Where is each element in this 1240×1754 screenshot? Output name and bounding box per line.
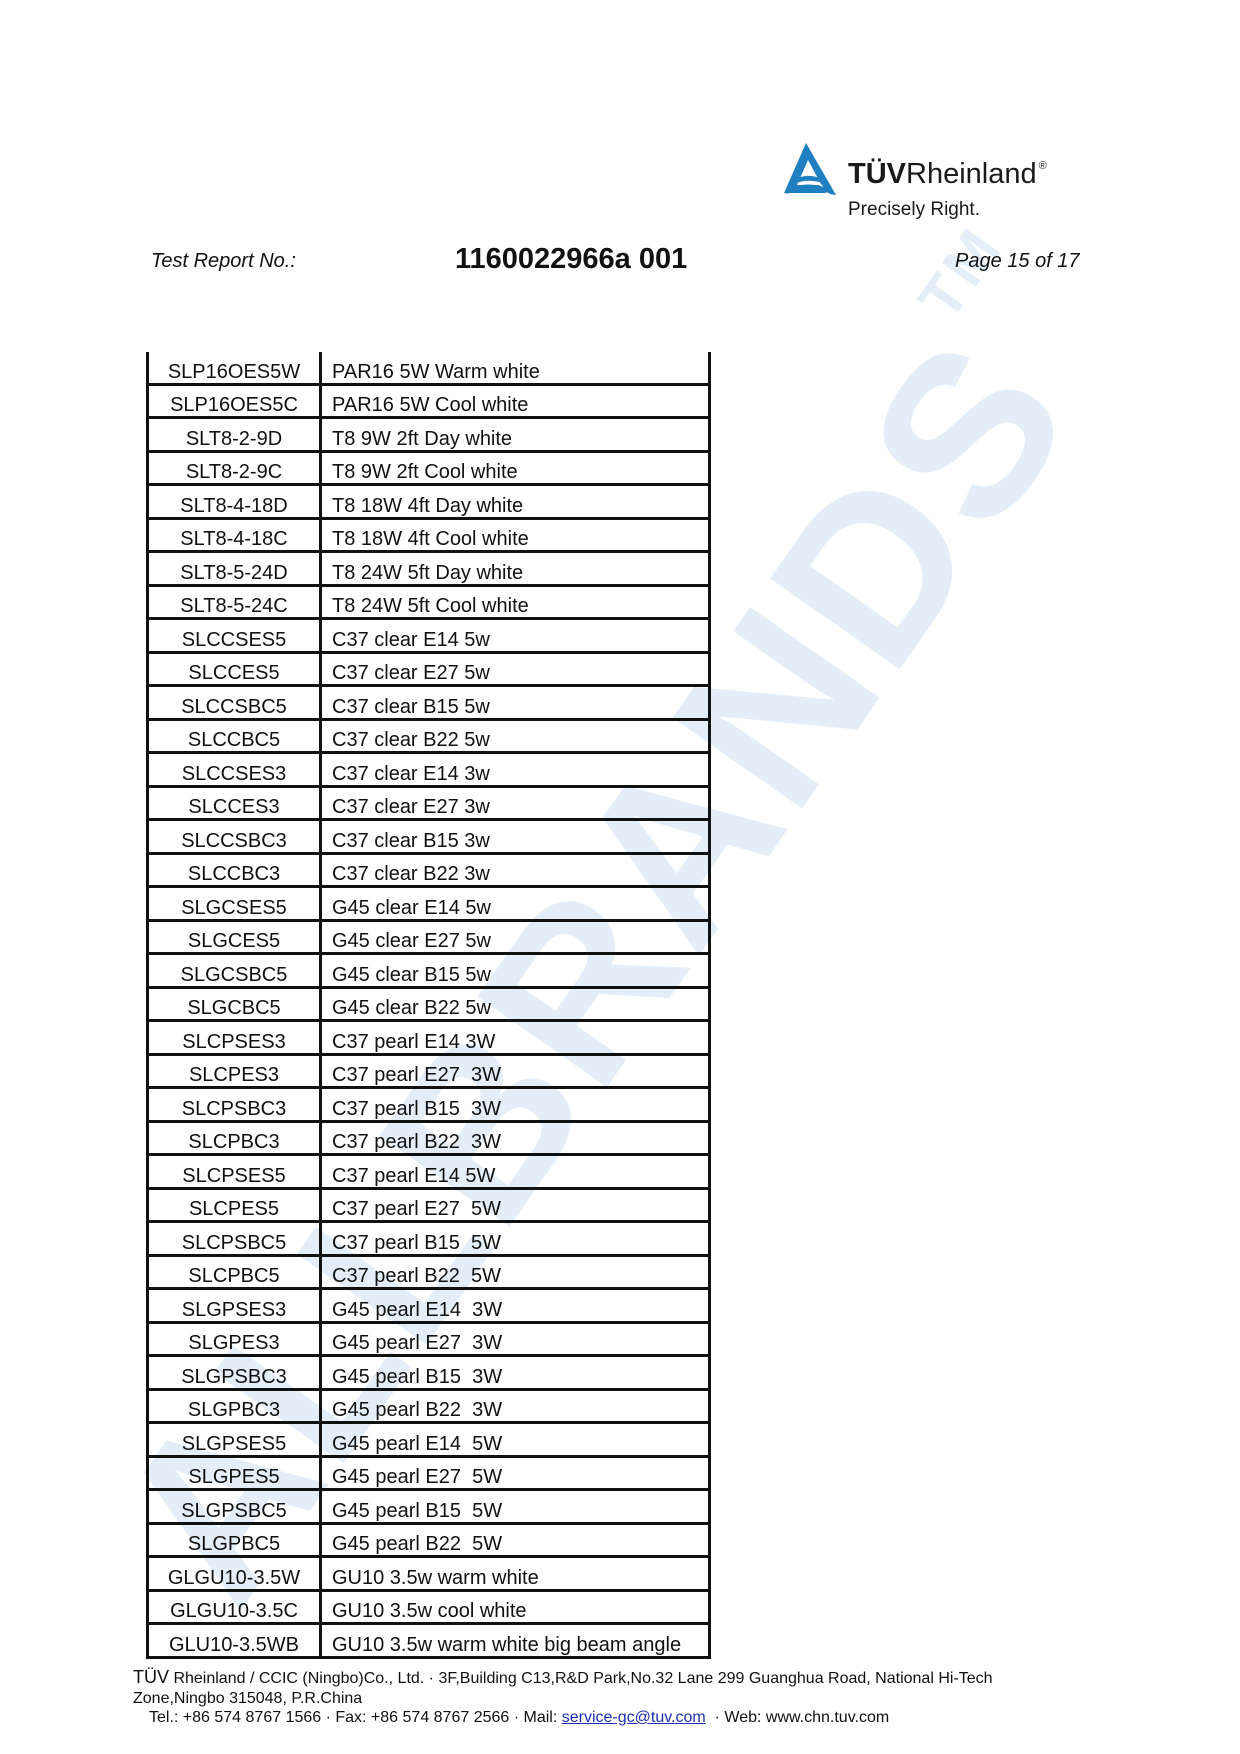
- footer: TÜV Rheinland / CCIC (Ningbo)Co., Ltd. ·…: [133, 1668, 993, 1728]
- product-code: SLT8-4-18D: [148, 485, 321, 519]
- product-description: G45 pearl E27 3W: [321, 1322, 710, 1356]
- table-row: SLCCSBC5C37 clear B15 5w: [148, 686, 710, 720]
- product-code: SLT8-2-9C: [148, 451, 321, 485]
- table-row: SLCCSES3C37 clear E14 3w: [148, 753, 710, 787]
- table-row: SLCCES5C37 clear E27 5w: [148, 652, 710, 686]
- product-code: SLGPSES5: [148, 1423, 321, 1457]
- table-row: SLCCES3C37 clear E27 3w: [148, 786, 710, 820]
- footer-address-line1: TÜV Rheinland / CCIC (Ningbo)Co., Ltd. ·…: [133, 1668, 993, 1689]
- product-code: SLT8-2-9D: [148, 418, 321, 452]
- product-code: SLT8-5-24D: [148, 552, 321, 586]
- page-number: Page 15 of 17: [955, 250, 1080, 273]
- product-description: G45 pearl B22 5W: [321, 1523, 710, 1557]
- report-label: Test Report No.:: [151, 250, 296, 273]
- product-code: SLP16OES5C: [148, 384, 321, 418]
- table-row: SLCPES3C37 pearl E27 3W: [148, 1054, 710, 1088]
- table-row: SLP16OES5CPAR16 5W Cool white: [148, 384, 710, 418]
- product-description: PAR16 5W Warm white: [321, 352, 710, 384]
- table-row: SLT8-2-9DT8 9W 2ft Day white: [148, 418, 710, 452]
- product-code: SLT8-4-18C: [148, 518, 321, 552]
- table-row: SLT8-4-18DT8 18W 4ft Day white: [148, 485, 710, 519]
- table-row: SLCPSES3C37 pearl E14 3W: [148, 1021, 710, 1055]
- product-description: G45 pearl B22 3W: [321, 1389, 710, 1423]
- table-row: SLT8-5-24DT8 24W 5ft Day white: [148, 552, 710, 586]
- table-row: SLCPSBC5C37 pearl B15 5W: [148, 1222, 710, 1256]
- product-description: C37 clear B22 3w: [321, 853, 710, 887]
- table-row: SLGPES5G45 pearl E27 5W: [148, 1456, 710, 1490]
- product-description: GU10 3.5w cool white: [321, 1590, 710, 1624]
- table-row: GLGU10-3.5CGU10 3.5w cool white: [148, 1590, 710, 1624]
- product-code: SLGPBC5: [148, 1523, 321, 1557]
- mail-link[interactable]: service-gc@tuv.com: [562, 1709, 706, 1726]
- registered-mark: ®: [1039, 160, 1047, 172]
- product-code: SLCPES5: [148, 1188, 321, 1222]
- product-code: SLCCBC5: [148, 719, 321, 753]
- product-description: C37 pearl E27 5W: [321, 1188, 710, 1222]
- table-row: SLGPBC5G45 pearl B22 5W: [148, 1523, 710, 1557]
- product-code: GLU10-3.5WB: [148, 1624, 321, 1658]
- product-description: C37 pearl B22 3W: [321, 1121, 710, 1155]
- product-code: SLGPES3: [148, 1322, 321, 1356]
- product-description: G45 clear B15 5w: [321, 954, 710, 988]
- product-code: SLGCSES5: [148, 887, 321, 921]
- product-code: SLCPSES5: [148, 1155, 321, 1189]
- product-description: C37 clear E27 3w: [321, 786, 710, 820]
- product-description: C37 clear E14 3w: [321, 753, 710, 787]
- product-code: SLCPSBC3: [148, 1088, 321, 1122]
- product-table: SLP16OES5WPAR16 5W Warm whiteSLP16OES5CP…: [146, 352, 711, 1659]
- table-row: GLU10-3.5WBGU10 3.5w warm white big beam…: [148, 1624, 710, 1658]
- product-description: C37 clear E27 5w: [321, 652, 710, 686]
- product-code: SLCPBC3: [148, 1121, 321, 1155]
- product-description: G45 clear E27 5w: [321, 920, 710, 954]
- table-row: SLCPBC5C37 pearl B22 5W: [148, 1255, 710, 1289]
- table-row: SLT8-2-9CT8 9W 2ft Cool white: [148, 451, 710, 485]
- product-code: SLCPSES3: [148, 1021, 321, 1055]
- product-description: T8 9W 2ft Cool white: [321, 451, 710, 485]
- product-description: C37 pearl B15 5W: [321, 1222, 710, 1256]
- table-row: SLGPSBC5G45 pearl B15 5W: [148, 1490, 710, 1524]
- product-code: SLCCES3: [148, 786, 321, 820]
- product-code: SLT8-5-24C: [148, 585, 321, 619]
- table-row: SLGPES3G45 pearl E27 3W: [148, 1322, 710, 1356]
- product-code: SLCCSBC5: [148, 686, 321, 720]
- table-row: SLCCBC3C37 clear B22 3w: [148, 853, 710, 887]
- table-row: SLCPSES5C37 pearl E14 5W: [148, 1155, 710, 1189]
- logo-tagline: Precisely Right.: [848, 199, 980, 221]
- table-row: SLGCSBC5G45 clear B15 5w: [148, 954, 710, 988]
- product-description: C37 pearl B15 3W: [321, 1088, 710, 1122]
- footer-web: · Web: www.chn.tuv.com: [706, 1709, 889, 1726]
- logo-brand-bold: TÜV: [848, 158, 906, 190]
- product-code: SLCCES5: [148, 652, 321, 686]
- product-code: SLGPSBC5: [148, 1490, 321, 1524]
- product-description: C37 pearl E27 3W: [321, 1054, 710, 1088]
- product-description: G45 pearl E14 5W: [321, 1423, 710, 1457]
- table-row: SLCCSES5C37 clear E14 5w: [148, 619, 710, 653]
- product-code: SLGPSES3: [148, 1289, 321, 1323]
- product-description: PAR16 5W Cool white: [321, 384, 710, 418]
- product-description: C37 pearl E14 5W: [321, 1155, 710, 1189]
- table-row: SLCPES5C37 pearl E27 5W: [148, 1188, 710, 1222]
- product-description: GU10 3.5w warm white big beam angle: [321, 1624, 710, 1658]
- product-code: SLCCSES3: [148, 753, 321, 787]
- product-code: SLP16OES5W: [148, 352, 321, 384]
- table-row: SLT8-5-24CT8 24W 5ft Cool white: [148, 585, 710, 619]
- product-code: SLCCSES5: [148, 619, 321, 653]
- product-code: SLGPSBC3: [148, 1356, 321, 1390]
- footer-phone-fax: Tel.: +86 574 8767 1566 · Fax: +86 574 8…: [149, 1709, 562, 1726]
- table-row: SLT8-4-18CT8 18W 4ft Cool white: [148, 518, 710, 552]
- footer-line1: Rheinland / CCIC (Ningbo)Co., Ltd. · 3F,…: [169, 1670, 993, 1687]
- product-code: GLGU10-3.5W: [148, 1557, 321, 1591]
- product-code: SLCCBC3: [148, 853, 321, 887]
- product-code: SLCCSBC3: [148, 820, 321, 854]
- tuv-triangle-icon: [780, 140, 840, 200]
- product-code: SLGCES5: [148, 920, 321, 954]
- table-row: SLGPSES3G45 pearl E14 3W: [148, 1289, 710, 1323]
- product-description: C37 clear B15 5w: [321, 686, 710, 720]
- product-description: C37 clear B22 5w: [321, 719, 710, 753]
- table-row: GLGU10-3.5WGU10 3.5w warm white: [148, 1557, 710, 1591]
- product-code: SLCPES3: [148, 1054, 321, 1088]
- product-description: G45 pearl E14 3W: [321, 1289, 710, 1323]
- product-description: T8 18W 4ft Day white: [321, 485, 710, 519]
- product-code: GLGU10-3.5C: [148, 1590, 321, 1624]
- table-row: SLP16OES5WPAR16 5W Warm white: [148, 352, 710, 384]
- product-description: G45 clear B22 5w: [321, 987, 710, 1021]
- logo-brand-regular: Rheinland: [906, 158, 1037, 190]
- product-description: G45 clear E14 5w: [321, 887, 710, 921]
- product-description: G45 pearl E27 5W: [321, 1456, 710, 1490]
- product-description: C37 pearl E14 3W: [321, 1021, 710, 1055]
- table-row: SLGCSES5G45 clear E14 5w: [148, 887, 710, 921]
- product-description: T8 24W 5ft Day white: [321, 552, 710, 586]
- table-row: SLGPSES5G45 pearl E14 5W: [148, 1423, 710, 1457]
- product-description: G45 pearl B15 5W: [321, 1490, 710, 1524]
- product-code: SLGPES5: [148, 1456, 321, 1490]
- table-row: SLGPBC3G45 pearl B22 3W: [148, 1389, 710, 1423]
- logo-brand: TÜVRheinland®: [848, 158, 1047, 191]
- footer-address-line2: Zone,Ningbo 315048, P.R.China: [133, 1689, 993, 1709]
- table-row: SLCPSBC3C37 pearl B15 3W: [148, 1088, 710, 1122]
- product-code: SLCPSBC5: [148, 1222, 321, 1256]
- product-description: GU10 3.5w warm white: [321, 1557, 710, 1591]
- footer-tuv: TÜV: [133, 1667, 169, 1687]
- product-description: C37 clear B15 3w: [321, 820, 710, 854]
- product-code: SLCPBC5: [148, 1255, 321, 1289]
- product-description: C37 pearl B22 5W: [321, 1255, 710, 1289]
- product-description: C37 clear E14 5w: [321, 619, 710, 653]
- product-description: T8 9W 2ft Day white: [321, 418, 710, 452]
- product-code: SLGCSBC5: [148, 954, 321, 988]
- product-description: T8 24W 5ft Cool white: [321, 585, 710, 619]
- table-row: SLGPSBC3G45 pearl B15 3W: [148, 1356, 710, 1390]
- product-code: SLGCBC5: [148, 987, 321, 1021]
- product-description: G45 pearl B15 3W: [321, 1356, 710, 1390]
- product-code: SLGPBC3: [148, 1389, 321, 1423]
- product-description: T8 18W 4ft Cool white: [321, 518, 710, 552]
- table-row: SLCCSBC3C37 clear B15 3w: [148, 820, 710, 854]
- table-row: SLCCBC5C37 clear B22 5w: [148, 719, 710, 753]
- footer-contact-line: Tel.: +86 574 8767 1566 · Fax: +86 574 8…: [133, 1708, 993, 1728]
- report-number: 1160022966a 001: [455, 243, 687, 276]
- table-row: SLGCBC5G45 clear B22 5w: [148, 987, 710, 1021]
- table-row: SLCPBC3C37 pearl B22 3W: [148, 1121, 710, 1155]
- table-row: SLGCES5G45 clear E27 5w: [148, 920, 710, 954]
